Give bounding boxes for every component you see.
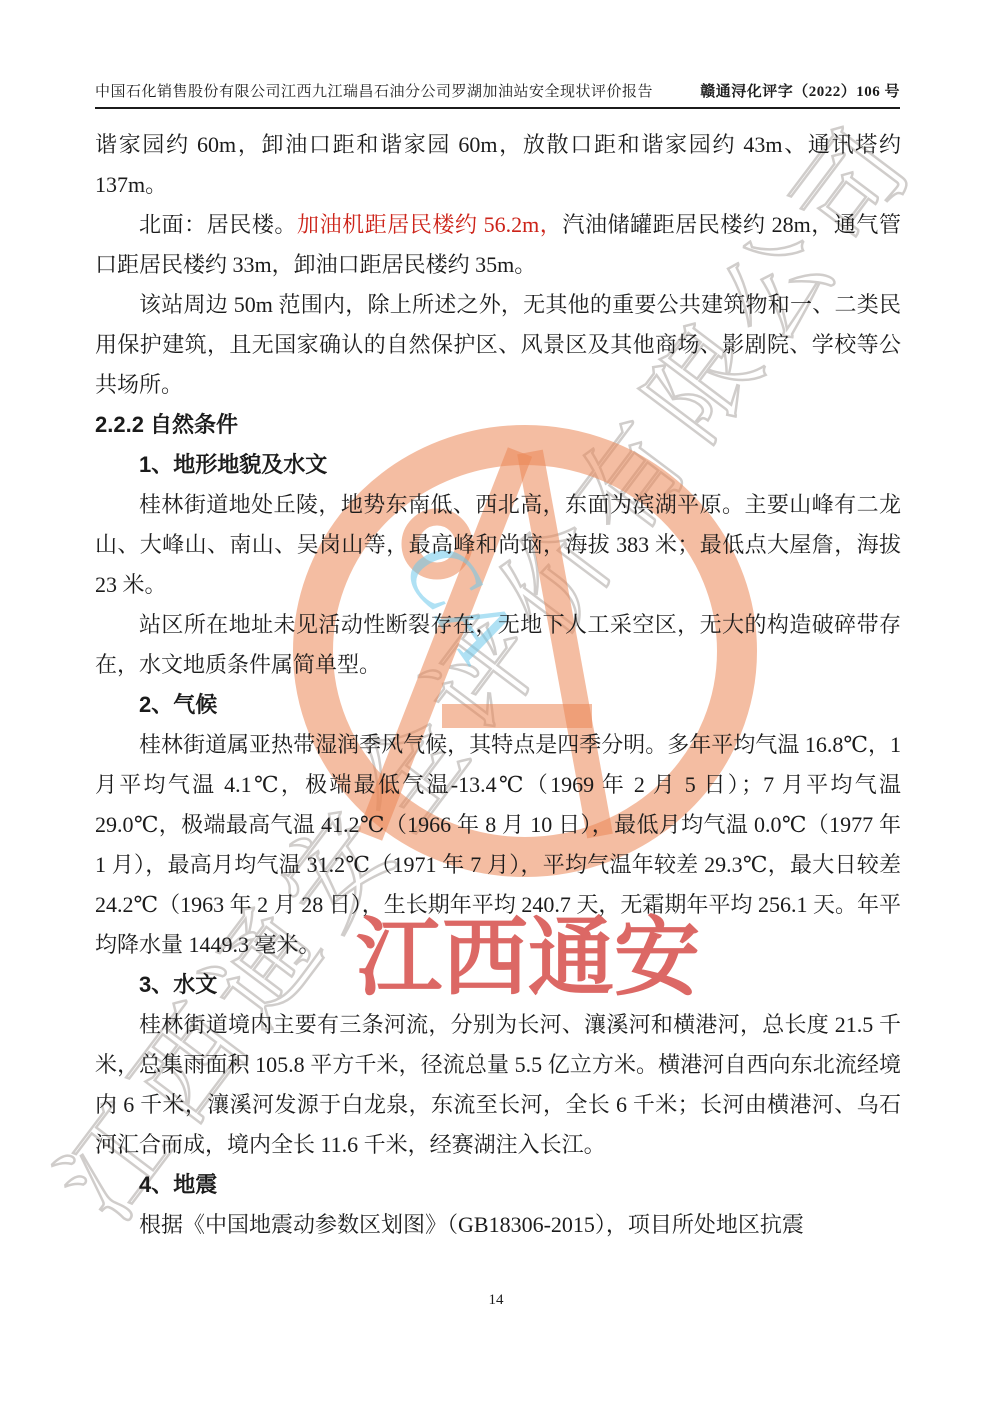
subheading-hydrology: 3、水文 [95,965,901,1005]
header-report-title: 中国石化销售股份有限公司江西九江瑞昌石油分公司罗湖加油站安全现状评价报告 [95,80,653,101]
paragraph-climate: 桂林街道属亚热带湿润季风气候，其特点是四季分明。多年平均气温 16.8℃，1 月… [95,725,901,965]
subheading-climate: 2、气候 [95,685,901,725]
north-side-red-highlight: 加油机距居民楼约 56.2m， [297,212,562,237]
paragraph-earthquake: 根据《中国地震动参数区划图》（GB18306-2015），项目所处地区抗震 [95,1205,901,1245]
paragraph-geology: 站区所在地址未见活动性断裂存在，无地下人工采空区，无大的构造破碎带存在，水文地质… [95,605,901,685]
paragraph-rivers: 桂林街道境内主要有三条河流，分别为长河、瀼溪河和横港河，总长度 21.5 千米，… [95,1005,901,1165]
document-page: 江西通安全评价有限公司 CA 江西通安 中国石化销售股份有限公司江西九江瑞昌石油… [0,0,992,1403]
paragraph-terrain: 桂林街道地处丘陵，地势东南低、西北高，东面为滨湖平原。主要山峰有二龙山、大峰山、… [95,485,901,605]
paragraph-north-side: 北面：居民楼。加油机距居民楼约 56.2m，汽油储罐距居民楼约 28m，通气管口… [95,205,901,285]
subheading-earthquake: 4、地震 [95,1165,901,1205]
header-rule [95,107,900,109]
paragraph-surroundings: 该站周边 50m 范围内，除上所述之外，无其他的重要公共建筑物和一、二类民用保护… [95,285,901,405]
text-layer: 中国石化销售股份有限公司江西九江瑞昌石油分公司罗湖加油站安全现状评价报告 赣通浔… [0,0,992,1403]
page-header: 中国石化销售股份有限公司江西九江瑞昌石油分公司罗湖加油站安全现状评价报告 赣通浔… [95,80,900,101]
section-heading-natural-conditions: 2.2.2 自然条件 [95,405,901,445]
page-number-label: 14 [0,1292,992,1309]
paragraph-distances-continued: 谐家园约 60m，卸油口距和谐家园 60m，放散口距和谐家园约 43m、通讯塔约… [95,125,901,205]
header-doc-number: 赣通浔化评字（2022）106 号 [700,80,900,101]
subheading-terrain-hydrology: 1、地形地貌及水文 [95,445,901,485]
north-side-prefix: 北面：居民楼。 [139,212,297,237]
